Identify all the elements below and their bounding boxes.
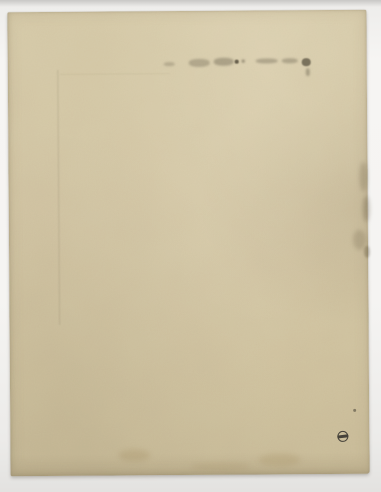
edge-stain: [359, 162, 367, 192]
right-edge-stains: [350, 158, 371, 262]
pencil-smudge-tail: [306, 68, 310, 76]
pencil-smudge: [282, 58, 298, 63]
collector-stamp-band: [337, 434, 348, 438]
edge-stain: [364, 246, 370, 258]
photo-canvas: { "photo": { "subject": "Blank verso of …: [0, 0, 381, 492]
erased-pencil-inscription: [163, 55, 321, 80]
paper-sheet-verso: [7, 10, 369, 476]
pencil-smudge-dark: [302, 58, 311, 66]
bottom-edge-grime: [10, 452, 369, 477]
pencil-smudge: [214, 58, 234, 66]
collector-stamp-mark: [337, 431, 348, 442]
pencil-smudge-dot: [242, 60, 245, 63]
pencil-smudge: [189, 59, 210, 67]
dark-speck: [353, 409, 356, 412]
plate-mark-showthrough-top: [60, 73, 170, 75]
pencil-smudge-dot: [235, 60, 239, 64]
pencil-smudge: [164, 62, 175, 66]
plate-mark-showthrough: [57, 70, 61, 325]
edge-stain: [363, 196, 370, 222]
pencil-smudge: [256, 58, 278, 63]
